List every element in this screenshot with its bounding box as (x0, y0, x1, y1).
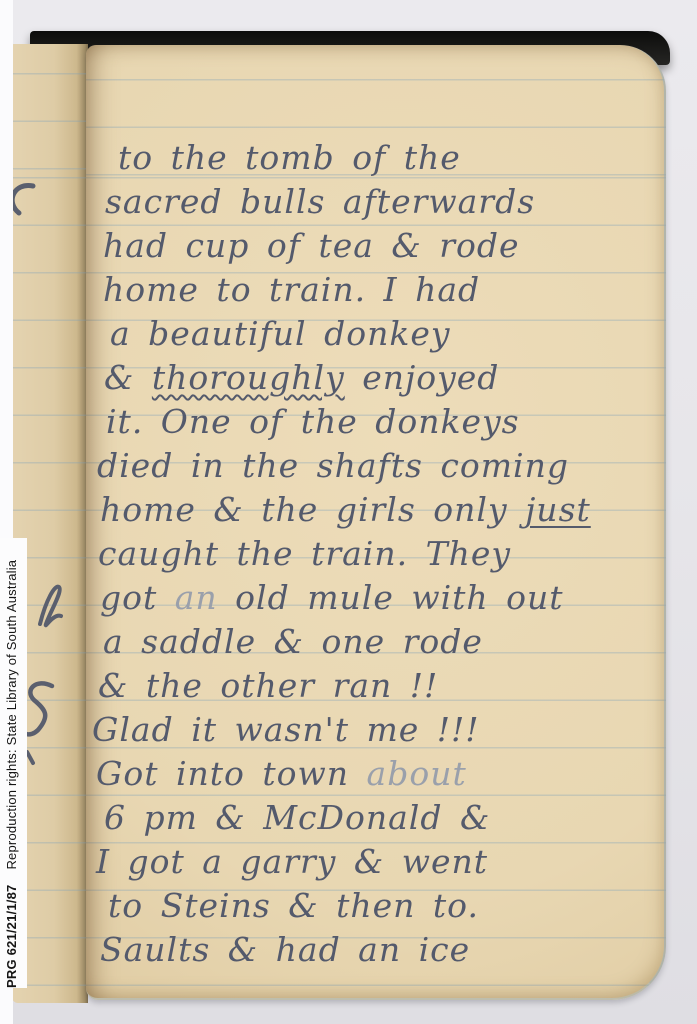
handwriting-word: I got a garry & went (96, 842, 488, 881)
handwriting-line: Glad it wasn't me !!! (92, 712, 480, 748)
handwriting-line: got an old mule with out (100, 580, 564, 616)
handwriting-word: got (100, 578, 175, 617)
handwriting-line: home to train. I had (103, 272, 480, 308)
handwriting-line: a beautiful donkey (110, 316, 451, 352)
handwriting-line: I got a garry & went (96, 844, 488, 880)
handwriting-word: Glad it wasn't me !!! (92, 710, 480, 749)
handwriting-word: enjoyed (345, 358, 500, 397)
handwriting-word: home & the girls only (100, 490, 525, 529)
handwriting-text: to the tomb of thesacred bulls afterward… (100, 45, 660, 995)
handwriting-line: Saults & had an ice (100, 932, 470, 968)
handwriting-line: caught the train. They (98, 536, 511, 572)
handwriting-line: home & the girls only just (100, 492, 591, 528)
handwriting-line: to Steins & then to. (108, 888, 479, 924)
handwriting-line: it. One of the donkeys (106, 404, 520, 440)
handwriting-word: Saults & had an ice (100, 930, 470, 969)
handwriting-word: it. One of the donkeys (106, 402, 520, 441)
handwriting-word: to the tomb of the (118, 138, 461, 177)
handwriting-word: just (525, 490, 591, 529)
handwriting-line: 6 pm & McDonald & (104, 800, 490, 836)
handwriting-word: a saddle & one rode (103, 622, 483, 661)
handwriting-word: old mule with out (218, 578, 564, 617)
handwriting-word: sacred bulls afterwards (105, 182, 535, 221)
handwriting-line: died in the shafts coming (97, 448, 569, 484)
handwriting-line: & thoroughly enjoyed (104, 360, 499, 396)
handwriting-line: had cup of tea & rode (103, 228, 520, 264)
handwriting-word: died in the shafts coming (97, 446, 569, 485)
handwriting-word: an (175, 578, 218, 617)
handwriting-word: to Steins & then to. (108, 886, 479, 925)
archive-caption: PRG 621/21/1/87Reproduction rights: Stat… (4, 560, 19, 988)
handwriting-word: Got into town (96, 754, 367, 793)
handwriting-line: Got into town about (96, 756, 467, 792)
reproduction-rights-text: Reproduction rights: State Library of So… (4, 560, 19, 870)
handwriting-line: a saddle & one rode (103, 624, 483, 660)
handwriting-word: caught the train. They (98, 534, 511, 573)
handwriting-word: about (367, 754, 467, 793)
handwriting-word: 6 pm & McDonald & (104, 798, 490, 837)
handwriting-line: to the tomb of the (118, 140, 461, 176)
handwriting-word: & the other ran !! (98, 666, 438, 705)
handwriting-word: thoroughly (152, 358, 345, 397)
handwriting-word: had cup of tea & rode (103, 226, 520, 265)
archive-reference-number: PRG 621/21/1/87 (4, 885, 19, 988)
handwriting-line: & the other ran !! (98, 668, 438, 704)
handwriting-word: a beautiful donkey (110, 314, 451, 353)
handwriting-line: sacred bulls afterwards (105, 184, 535, 220)
handwriting-word: home to train. I had (103, 270, 480, 309)
handwriting-word: & (104, 358, 152, 397)
